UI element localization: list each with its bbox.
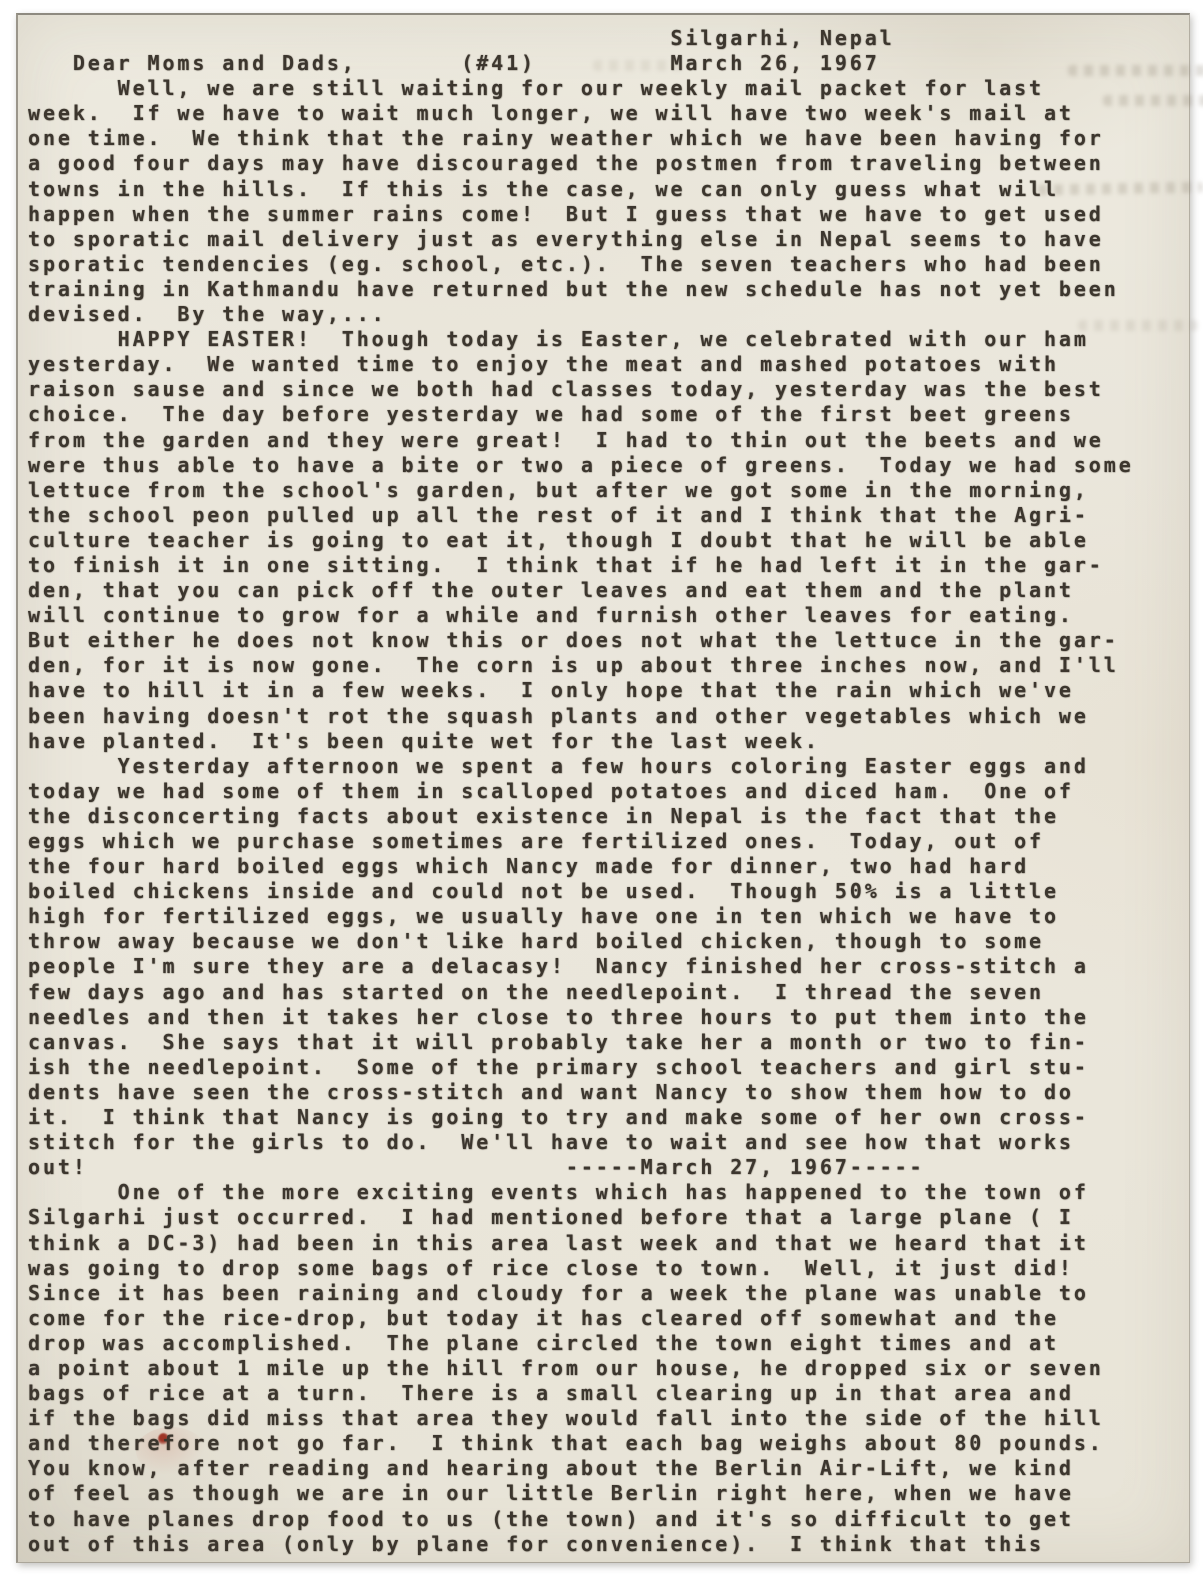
letter-body: Silgarhi, Nepal Dear Moms and Dads, (#41… [28, 26, 1134, 1557]
scan-background: Silgarhi, Nepal Dear Moms and Dads, (#41… [0, 0, 1203, 1579]
